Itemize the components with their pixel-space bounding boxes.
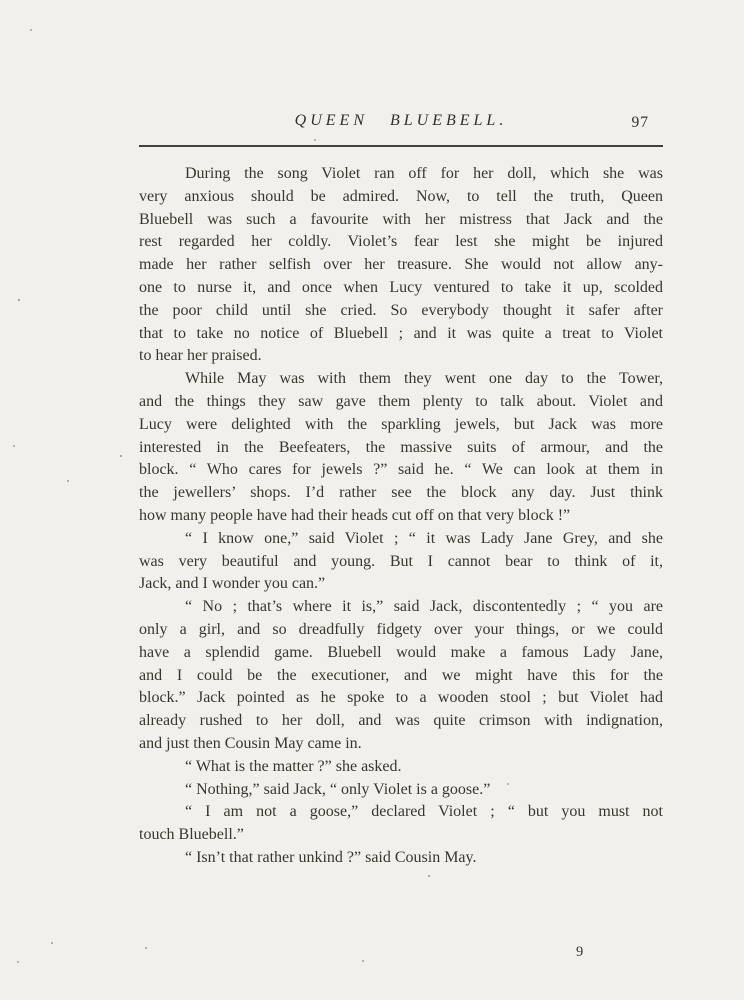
- text-line: “ I know one,” said Violet ; “ it was La…: [139, 528, 663, 551]
- paragraph: During the song Violet ran off for her d…: [139, 163, 663, 368]
- text-line: While May was with them they went one da…: [139, 368, 663, 391]
- paragraph: “ Isn’t that rather unkind ?” said Cousi…: [139, 847, 663, 870]
- paragraph: “ No ; that’s where it is,” said Jack, d…: [139, 596, 663, 756]
- text-line: the poor child until she cried. So every…: [139, 300, 663, 323]
- text-line: interested in the Beefeaters, the massiv…: [139, 437, 663, 460]
- text-line: Lucy were delighted with the sparkling j…: [139, 414, 663, 437]
- text-line: how many people have had their heads cut…: [139, 505, 663, 528]
- text-line: was very beautiful and young. But I cann…: [139, 551, 663, 574]
- text-line: “ Isn’t that rather unkind ?” said Cousi…: [139, 847, 663, 870]
- text-line: to hear her praised.: [139, 345, 663, 368]
- text-line: made her rather selfish over her treasur…: [139, 254, 663, 277]
- running-title: QUEEN BLUEBELL.: [139, 112, 663, 130]
- header-rule: [139, 145, 663, 147]
- text-line: rest regarded her coldly. Violet’s fear …: [139, 231, 663, 254]
- text-line: During the song Violet ran off for her d…: [139, 163, 663, 186]
- text-line: the jewellers’ shops. I’d rather see the…: [139, 482, 663, 505]
- paragraph: “ I am not a goose,” declared Violet ; “…: [139, 801, 663, 847]
- page-number: 97: [632, 114, 650, 132]
- text-line: and I could be the executioner, and we m…: [139, 665, 663, 688]
- text-line: and the things they saw gave them plenty…: [139, 391, 663, 414]
- page-header: QUEEN BLUEBELL. 97: [139, 112, 663, 138]
- paragraph: “ What is the matter ?” she asked.: [139, 756, 663, 779]
- text-line: “ I am not a goose,” declared Violet ; “…: [139, 801, 663, 824]
- paragraph: “ Nothing,” said Jack, “ only Violet is …: [139, 779, 663, 802]
- paragraph: “ I know one,” said Violet ; “ it was La…: [139, 528, 663, 596]
- book-page: QUEEN BLUEBELL. 97 During the song Viole…: [0, 0, 744, 1000]
- text-line: only a girl, and so dreadfully fidgety o…: [139, 619, 663, 642]
- text-line: Bluebell was such a favourite with her m…: [139, 209, 663, 232]
- text-line: block. “ Who cares for jewels ?” said he…: [139, 459, 663, 482]
- text-line: “ What is the matter ?” she asked.: [139, 756, 663, 779]
- paragraph: While May was with them they went one da…: [139, 368, 663, 528]
- text-line: one to nurse it, and once when Lucy vent…: [139, 277, 663, 300]
- text-line: block.” Jack pointed as he spoke to a wo…: [139, 687, 663, 710]
- text-line: Jack, and I wonder you can.”: [139, 573, 663, 596]
- body-text: During the song Violet ran off for her d…: [139, 163, 663, 870]
- text-line: already rushed to her doll, and was quit…: [139, 710, 663, 733]
- text-line: have a splendid game. Bluebell would mak…: [139, 642, 663, 665]
- text-line: and just then Cousin May came in.: [139, 733, 663, 756]
- text-line: “ No ; that’s where it is,” said Jack, d…: [139, 596, 663, 619]
- text-line: touch Bluebell.”: [139, 824, 663, 847]
- text-line: very anxious should be admired. Now, to …: [139, 186, 663, 209]
- scan-specks: [18, 299, 20, 301]
- signature-mark: 9: [576, 944, 583, 961]
- text-line: “ Nothing,” said Jack, “ only Violet is …: [139, 779, 663, 802]
- text-line: that to take no notice of Bluebell ; and…: [139, 323, 663, 346]
